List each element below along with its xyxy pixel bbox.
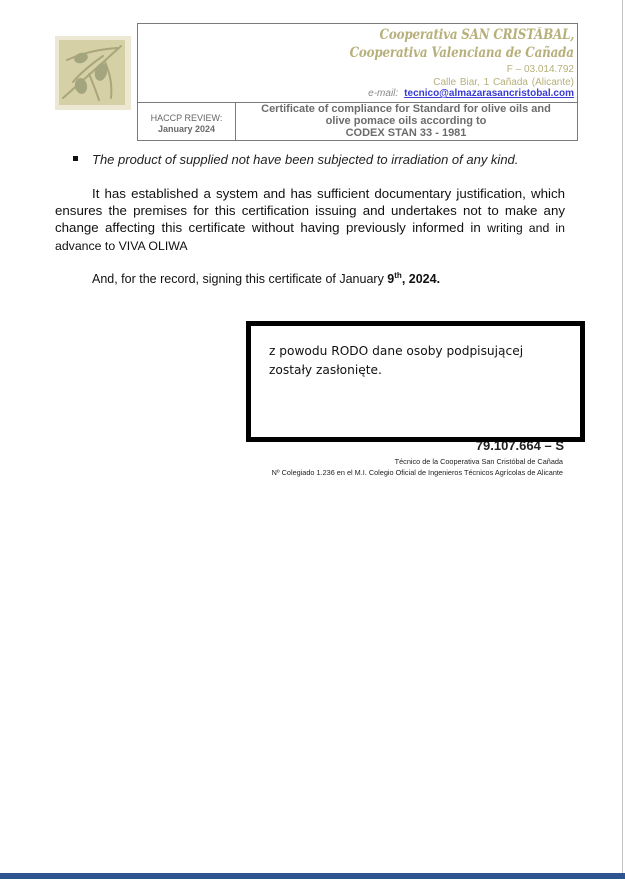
square-bullet-icon [73,156,78,161]
company-name-line2: Cooperativa Valenciana de Cañada [350,45,574,61]
olive-branch-icon [59,40,125,105]
certificate-title-line3: CODEX STAN 33 - 1981 [235,127,577,139]
email-label: e-mail: [368,88,398,99]
certificate-header-table: Cooperativa SAN CRISTÃBAL, Cooperativa V… [137,23,578,141]
page-edge-line [622,0,623,873]
signing-day-suffix: th [394,271,402,280]
company-info-cell: Cooperativa SAN CRISTÃBAL, Cooperativa V… [138,24,577,103]
bullet-text: The product of supplied not have been su… [92,152,518,167]
signing-statement: And, for the record, signing this certif… [92,271,440,286]
email-link[interactable]: tecnico@almazarasancristobal.com [404,88,574,99]
signer-title: Técnico de la Cooperativa San Cristóbal … [395,457,563,466]
company-email-row: e-mail:tecnico@almazarasancristobal.com [368,88,574,99]
signing-year: , 2024. [402,272,440,286]
logo-background [59,40,125,105]
bullet-item: The product of supplied not have been su… [73,152,518,167]
redaction-box: z powodu RODO dane osoby podpisującej zo… [246,321,585,442]
haccp-review-cell: HACCP REVIEW: January 2024 [138,102,236,140]
bottom-status-bar [0,873,625,879]
compliance-paragraph: It has established a system and has suff… [55,185,565,255]
olive-branch-logo [55,36,131,110]
company-address: Calle Biar, 1 Cañada (Alicante) [433,77,574,88]
review-label: HACCP REVIEW: [138,113,235,123]
company-name-line1: Cooperativa SAN CRISTÃBAL, [379,27,574,43]
signer-registration: Nº Colegiado 1.236 en el M.I. Colegio Of… [272,468,563,477]
redaction-note: z powodu RODO dane osoby podpisującej zo… [269,342,569,380]
certificate-title-line1: Certificate of compliance for Standard f… [235,103,577,115]
review-date: January 2024 [138,124,235,134]
certificate-title-cell: Certificate of compliance for Standard f… [235,102,577,140]
company-tax-id: F – 03.014.792 [507,64,574,75]
certificate-title-line2: olive pomace oils according to [235,115,577,127]
signing-text: And, for the record, signing this certif… [92,272,387,286]
